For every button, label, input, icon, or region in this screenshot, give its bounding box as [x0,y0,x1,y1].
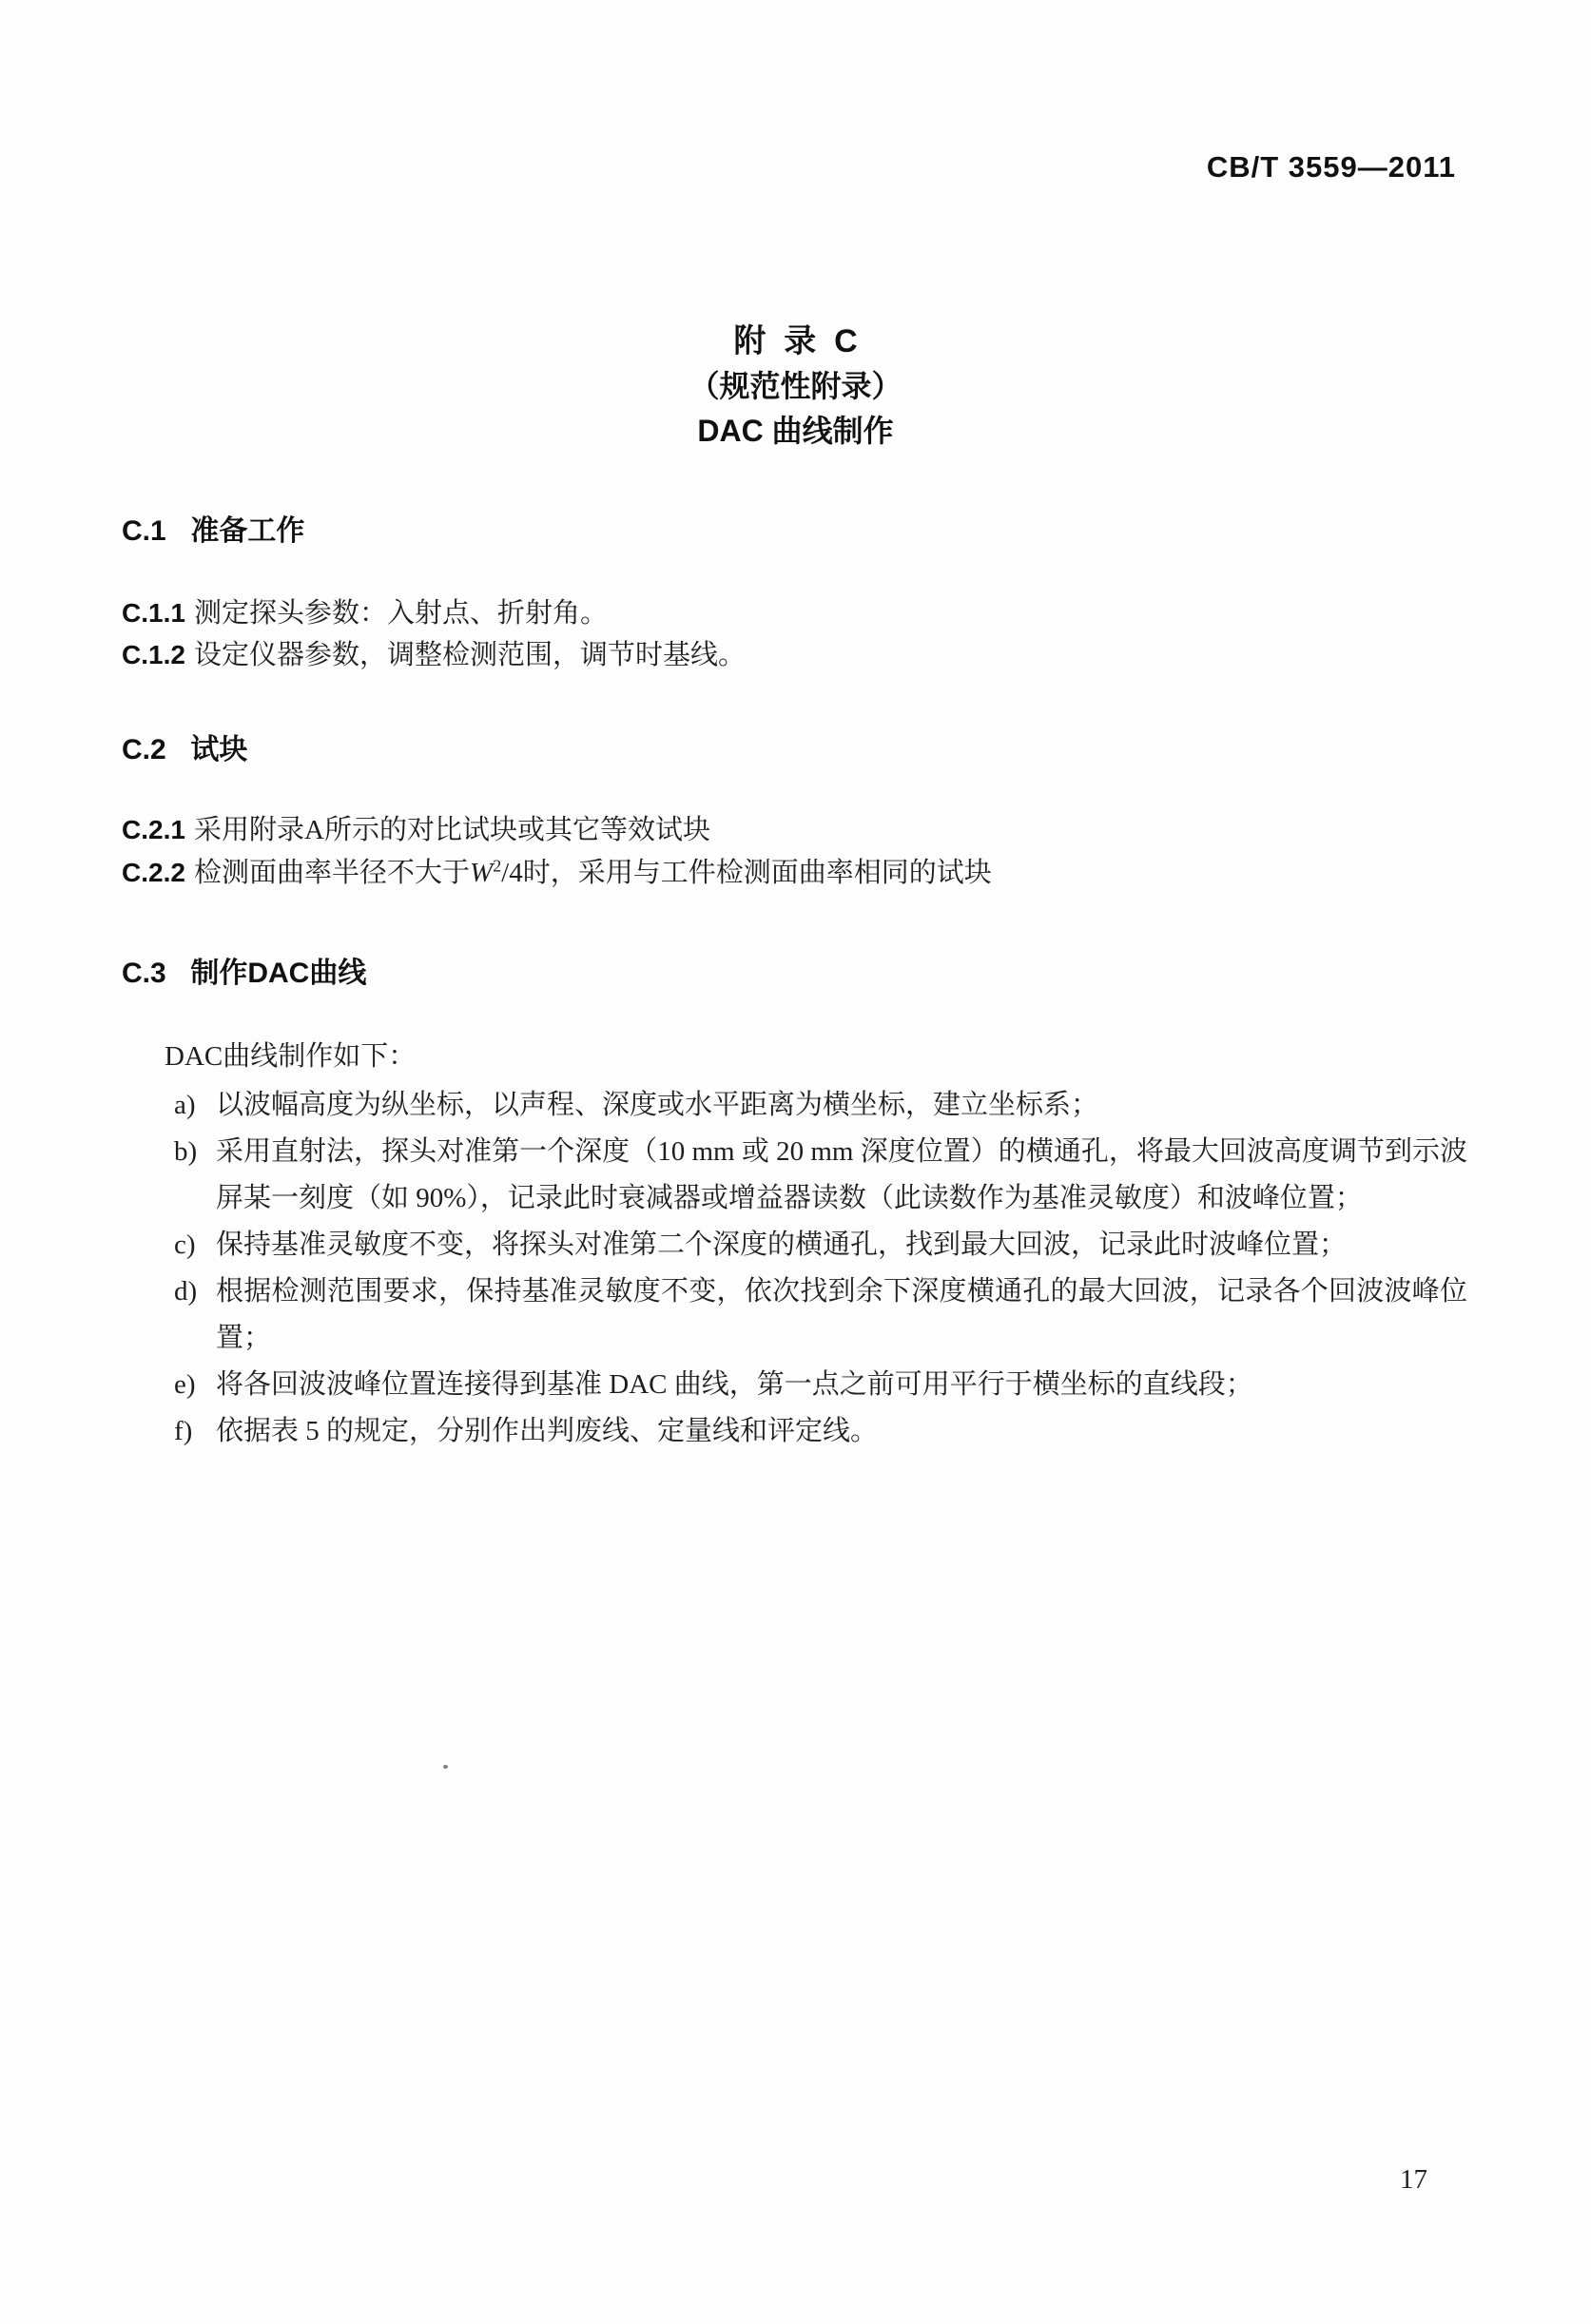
clause-text: 设定仪器参数，调整检测范围，调节时基线。 [194,635,746,675]
appendix-subtitle: （规范性附录） [0,364,1591,409]
section-heading-c1: C.1 准备工作 [122,507,304,549]
list-item-label: c) [174,1222,216,1269]
appendix-name: DAC 曲线制作 [0,409,1591,454]
formula-exponent: 2 [493,856,501,875]
list-item-text: 采用直射法，探头对准第一个深度（10 mm 或 20 mm 深度位置）的横通孔，… [216,1129,1467,1222]
list-item-label: d) [174,1269,216,1315]
list-item-text: 根据检测范围要求，保持基准灵敏度不变，依次找到余下深度横通孔的最大回波，记录各个… [216,1269,1467,1362]
section-number: C.2 [122,734,171,766]
list-item-text: 依据表 5 的规定，分别作出判废线、定量线和评定线。 [216,1408,1467,1455]
clause-text-before-formula: 检测面曲率半径不大于 [194,858,470,888]
page-number: 17 [1400,2164,1427,2196]
clause-c22: C.2.2 检测面曲率半径不大于W2/4时，采用与工件检测面曲率相同的试块 [122,853,1472,893]
list-item-label: f) [174,1408,216,1455]
section-heading-c3: C.3 制作DAC曲线 [122,949,366,991]
list-item-label: b) [174,1129,216,1175]
list-item-a: a) 以波幅高度为纵坐标，以声程、深度或水平距离为横坐标，建立坐标系； [174,1082,1467,1129]
document-page: CB/T 3559—2011 附 录 C （规范性附录） DAC 曲线制作 C.… [0,0,1591,2324]
list-item-c: c) 保持基准灵敏度不变，将探头对准第二个深度的横通孔，找到最大回波，记录此时波… [174,1222,1467,1269]
section-number: C.3 [122,958,171,990]
section-title: 试块 [190,734,247,765]
clause-number: C.2.2 [122,853,194,893]
clause-text: 测定探头参数：入射点、折射角。 [194,593,608,633]
appendix-title-block: 附 录 C （规范性附录） DAC 曲线制作 [0,320,1591,454]
section-title: 制作DAC曲线 [190,958,366,989]
clause-number: C.1.2 [122,635,194,675]
list-item-e: e) 将各回波波峰位置连接得到基准 DAC 曲线，第一点之前可用平行于横坐标的直… [174,1362,1467,1408]
section-title: 准备工作 [190,515,304,547]
clause-number: C.1.1 [122,593,194,633]
clause-c21: C.2.1 采用附录A所示的对比试块或其它等效试块 [122,810,1472,850]
list-item-label: a) [174,1082,216,1129]
section-number: C.1 [122,515,171,548]
list-intro: DAC曲线制作如下： [165,1035,416,1074]
section-heading-c2: C.2 试块 [122,726,247,767]
list-item-text: 以波幅高度为纵坐标，以声程、深度或水平距离为横坐标，建立坐标系； [216,1082,1467,1129]
clause-number: C.2.1 [122,810,194,850]
clause-text-after-formula: /4时，采用与工件检测面曲率相同的试块 [501,858,992,888]
list-item-d: d) 根据检测范围要求，保持基准灵敏度不变，依次找到余下深度横通孔的最大回波，记… [174,1269,1467,1362]
appendix-title: 附 录 C [0,320,1591,364]
list-item-label: e) [174,1362,216,1408]
list-item-text: 保持基准灵敏度不变，将探头对准第二个深度的横通孔，找到最大回波，记录此时波峰位置… [216,1222,1467,1269]
list-item-text: 将各回波波峰位置连接得到基准 DAC 曲线，第一点之前可用平行于横坐标的直线段； [216,1362,1467,1408]
procedure-list: a) 以波幅高度为纵坐标，以声程、深度或水平距离为横坐标，建立坐标系； b) 采… [174,1082,1467,1455]
scan-artifact-dot [443,1765,448,1769]
clause-c12: C.1.2 设定仪器参数，调整检测范围，调节时基线。 [122,635,1472,675]
list-item-b: b) 采用直射法，探头对准第一个深度（10 mm 或 20 mm 深度位置）的横… [174,1129,1467,1222]
list-item-f: f) 依据表 5 的规定，分别作出判废线、定量线和评定线。 [174,1408,1467,1455]
clause-text: 检测面曲率半径不大于W2/4时，采用与工件检测面曲率相同的试块 [194,853,992,893]
standard-number: CB/T 3559—2011 [1207,150,1456,184]
formula-variable: W [470,858,493,888]
clause-c11: C.1.1 测定探头参数：入射点、折射角。 [122,593,1472,633]
clause-text: 采用附录A所示的对比试块或其它等效试块 [194,810,710,850]
